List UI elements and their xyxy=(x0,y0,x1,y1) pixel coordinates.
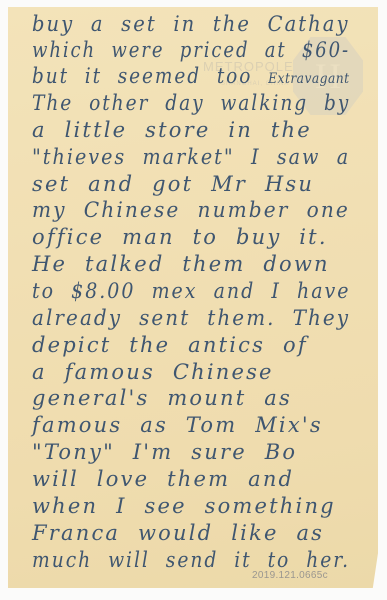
text-line: my Chinese number one xyxy=(32,198,350,222)
text-line: already sent them. They xyxy=(32,306,350,330)
text-line: will love them and xyxy=(32,467,294,491)
text-line: much will send it to her. xyxy=(32,548,350,572)
text-line: "thieves market" I saw a xyxy=(32,145,350,169)
accession-number: 2019.121.0665c xyxy=(252,570,328,581)
text-line: when I see something xyxy=(32,494,336,518)
text-line: depict the antics of xyxy=(32,333,308,357)
text-line: which were priced at $60- xyxy=(32,38,350,62)
text-line-main: but it seemed too xyxy=(32,64,252,88)
text-line: a little store in the xyxy=(32,118,312,142)
text-line: The other day walking by xyxy=(32,91,350,115)
text-line: a famous Chinese xyxy=(32,360,274,384)
text-line: buy a set in the Cathay xyxy=(32,12,350,36)
text-line: "Tony" I'm sure Bo xyxy=(32,440,297,464)
text-line: general's mount as xyxy=(32,386,292,410)
text-line: set and got Mr Hsu xyxy=(32,172,314,196)
text-line: He talked them down xyxy=(32,252,330,276)
text-line: office man to buy it. xyxy=(32,225,328,249)
text-line: but it seemed too Extravagant xyxy=(32,64,350,88)
text-line: famous as Tom Mix's xyxy=(32,413,323,437)
text-line: Franca would like as xyxy=(32,521,324,545)
text-word-extravagant: Extravagant xyxy=(268,71,349,87)
text-line: to $8.00 mex and I have xyxy=(32,279,350,303)
